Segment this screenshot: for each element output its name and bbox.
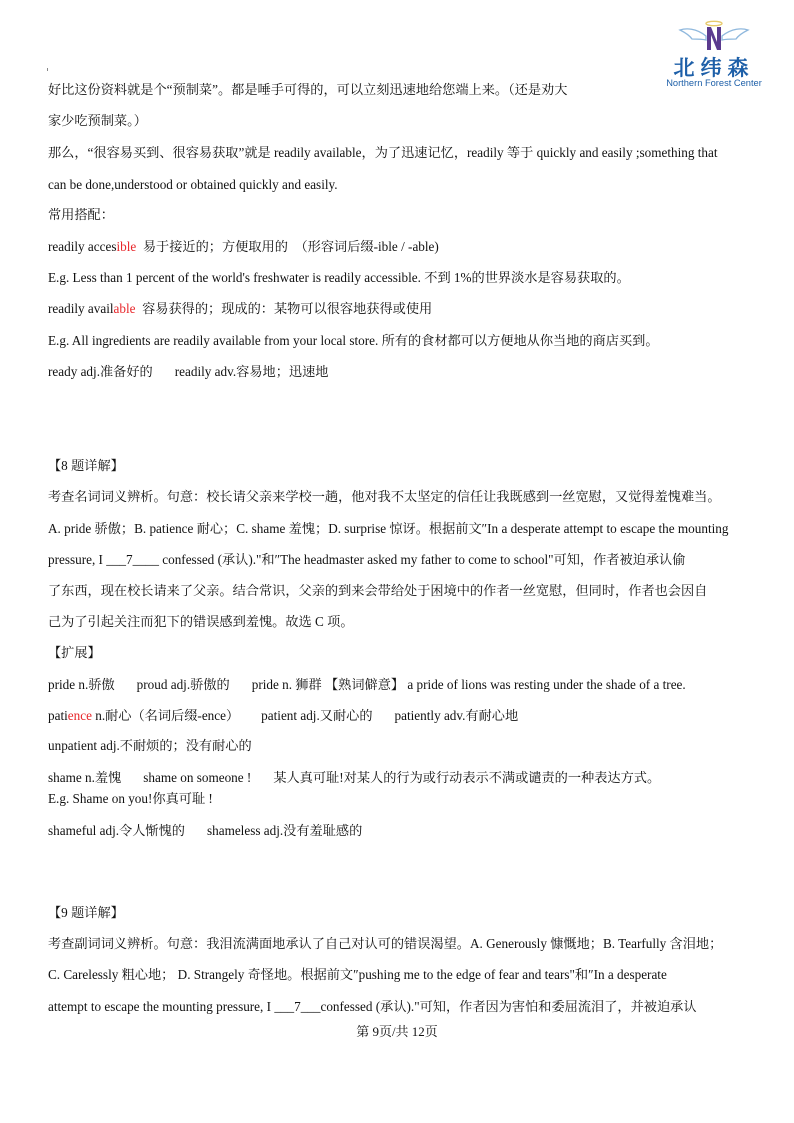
example-available: E.g. All ingredients are readily availab… [48,333,659,349]
page-number: 第 9页/共 12页 [0,1024,794,1040]
suffix-highlight: ible [116,239,136,254]
extension-patience: patience n.耐心（名词后缀-ence）patient adj.又耐心的… [48,708,518,724]
patient-adj: patient adj.又耐心的 [261,708,372,723]
patience-meaning: n.耐心（名词后缀-ence） [92,708,239,723]
q8-line-2: A. pride 骄傲；B. patience 耐心；C. shame 羞愧；D… [48,521,728,537]
collocation-prefix: readily acces [48,239,116,254]
intro-line-1: 好比这份资料就是个“预制菜”。都是唾手可得的，可以立刻迅速地给您端上来。（还是劝… [48,82,567,98]
collocation-meaning: 容易获得的；现成的：某物可以很容地获得或使用 [136,301,433,316]
intro-line-3: 那么，“很容易买到、很容易获取”就是 readily available，为了迅… [48,145,718,161]
collocation-meaning: 易于接近的；方便取用的 （形容词后缀-ible / -able) [136,239,439,254]
form-ready: ready adj.准备好的 [48,364,153,379]
patience-prefix: pati [48,708,68,723]
q8-heading: 【8 题详解】 [48,458,124,474]
collocation-prefix: readily avail [48,301,114,316]
q8-line-4: 了东西，现在校长请来了父亲。结合常识，父亲的到来会带给处于困境中的作者一丝宽慰，… [48,583,707,599]
word-forms-ready: ready adj.准备好的readily adv.容易地；迅速地 [48,364,328,380]
q9-line-1: 考查副词词义辨析。句意：我泪流满面地承认了自己对认可的错误渴望。A. Gener… [48,936,722,952]
shame-on-someone: shame on someone ! [143,770,251,785]
shameless-adj: shameless adj.没有羞耻感的 [207,823,362,838]
q8-line-3: pressure, I ___7____ confessed (承认)."和″T… [48,552,685,568]
shame-noun: shame n.羞愧 [48,770,121,785]
shame-example: E.g. Shame on you!你真可耻 ! [48,791,213,807]
page-margin-mark [47,68,48,71]
pride-lions: pride n. 狮群 【熟词僻意】 a pride of lions was … [252,677,686,692]
proud-adj: proud adj.骄傲的 [137,677,230,692]
suffix-highlight: able [114,301,136,316]
shameful-adj: shameful adj.令人惭愧的 [48,823,185,838]
extension-pride: pride n.骄傲proud adj.骄傲的pride n. 狮群 【熟词僻意… [48,677,686,693]
northern-forest-logo: 北纬森 Northern Forest Center [662,20,766,92]
extension-unpatient: unpatient adj.不耐烦的；没有耐心的 [48,738,252,754]
collocation-accessible: readily accesible 易于接近的；方便取用的 （形容词后缀-ibl… [48,239,439,255]
suffix-highlight: ence [68,708,92,723]
q8-line-5: 己为了引起关注而犯下的错误感到羞愧。故选 C 项。 [48,614,354,630]
q8-line-1: 考查名词词义辨析。句意：校长请父亲来学校一趟，他对我不太坚定的信任让我既感到一丝… [48,489,721,505]
extension-shame: shame n.羞愧shame on someone !某人真可耻!对某人的行为… [48,770,660,786]
pride-noun: pride n.骄傲 [48,677,115,692]
extension-heading: 【扩展】 [48,645,101,661]
collocation-available: readily available 容易获得的；现成的：某物可以很容地获得或使用 [48,301,432,317]
q9-heading: 【9 题详解】 [48,905,124,921]
example-accessible: E.g. Less than 1 percent of the world's … [48,270,630,286]
q9-line-3: attempt to escape the mounting pressure,… [48,999,697,1015]
intro-line-4: can be done,understood or obtained quick… [48,177,338,193]
patiently-adv: patiently adv.有耐心地 [395,708,519,723]
form-readily: readily adv.容易地；迅速地 [175,364,329,379]
logo-title-en: Northern Forest Center [662,78,766,88]
extension-shameful: shameful adj.令人惭愧的shameless adj.没有羞耻感的 [48,823,362,839]
collocations-heading: 常用搭配： [48,207,114,223]
intro-line-2: 家少吃预制菜。） [48,113,147,129]
shame-explanation: 某人真可耻!对某人的行为或行动表示不满或谴责的一种表达方式。 [273,770,660,785]
angel-wing-n-icon [662,20,766,56]
q9-line-2: C. Carelessly 粗心地； D. Strangely 奇怪地。根据前文… [48,967,667,983]
